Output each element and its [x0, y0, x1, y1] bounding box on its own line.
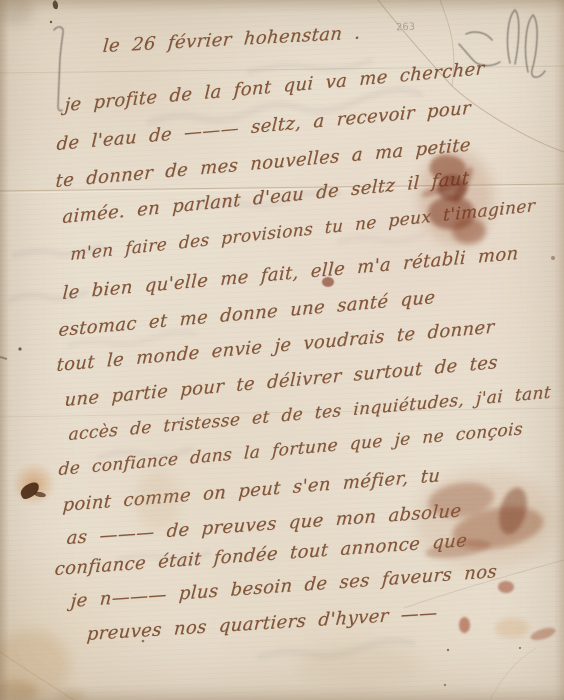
ink-speck	[0, 357, 7, 359]
orange-stain	[12, 462, 56, 506]
orange-stain-tail	[34, 491, 47, 498]
paper-stain	[300, 645, 420, 685]
pencil-seven-stroke	[54, 27, 63, 111]
pencil-curve	[466, 32, 492, 40]
orange-stain-core	[18, 480, 42, 500]
paper-stain	[0, 680, 38, 700]
ink-speck	[529, 625, 557, 643]
crease-line	[490, 648, 536, 700]
handwritten-line: preuves nos quartiers d'hyver ——	[86, 604, 438, 644]
ink-speck	[551, 256, 555, 260]
paper-stain	[0, 0, 34, 24]
paper-stain	[0, 630, 70, 700]
crease-line	[0, 652, 74, 700]
ghost-line	[260, 641, 412, 657]
ink-speck	[444, 684, 446, 686]
pencil-loop	[526, 15, 545, 77]
pencil-number: 263	[396, 22, 415, 34]
ink-speck	[519, 647, 521, 649]
ghost-line	[340, 235, 422, 242]
ink-smudge	[494, 484, 532, 537]
ink-blot-halo	[418, 150, 493, 245]
handwritten-heading: le 26 février hohenstan .	[102, 24, 361, 56]
ink-speck	[50, 21, 52, 23]
pencil-loop	[508, 10, 519, 64]
ink-speck	[53, 0, 58, 9]
ink-speck	[498, 581, 514, 593]
paper-stain	[55, 690, 85, 700]
paper-stain	[495, 618, 529, 638]
letter-page: 263 le 26 février hohenstan . je profite…	[0, 0, 564, 700]
ink-speck	[447, 649, 449, 651]
ink-speck	[18, 347, 21, 350]
ink-speck	[459, 617, 470, 633]
